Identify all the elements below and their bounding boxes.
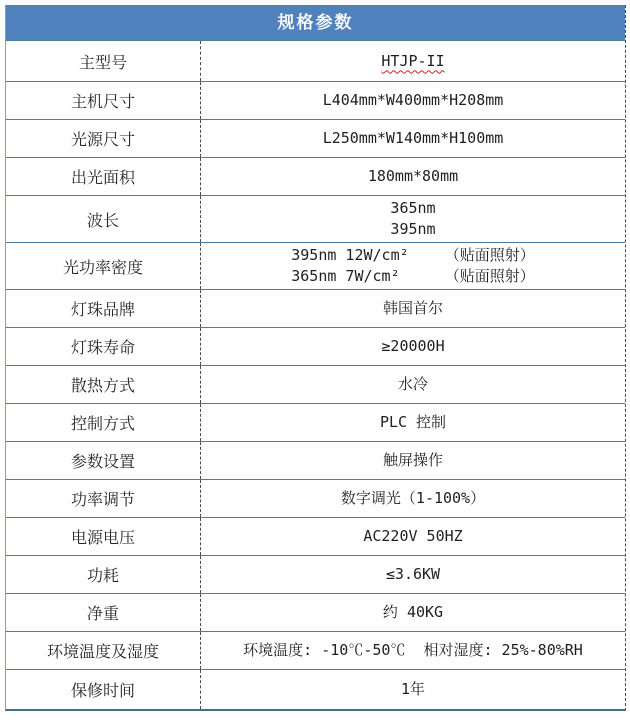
table-row: 主机尺寸 L404mm*W400mm*H208mm <box>6 81 625 119</box>
row-label: 功耗 <box>6 556 201 593</box>
row-label: 参数设置 <box>6 442 201 479</box>
row-label: 主型号 <box>6 41 201 81</box>
row-label: 主机尺寸 <box>6 82 201 119</box>
table-row: 灯珠寿命 ≥20000H <box>6 327 625 365</box>
row-label: 光功率密度 <box>6 243 201 289</box>
row-label: 光源尺寸 <box>6 120 201 157</box>
table-row: 光功率密度 395nm 12W/cm² （贴面照射） 365nm 7W/cm² … <box>6 242 625 289</box>
row-label: 波长 <box>6 196 201 242</box>
row-value: HTJP-II <box>201 41 625 81</box>
row-value: ≤3.6KW <box>201 556 625 593</box>
row-value: PLC 控制 <box>201 404 625 441</box>
table-row: 出光面积 180mm*80mm <box>6 157 625 195</box>
row-value: 数字调光（1-100%） <box>201 480 625 517</box>
row-value: L250mm*W140mm*H100mm <box>201 120 625 157</box>
row-label: 保修时间 <box>6 670 201 709</box>
table-row: 散热方式 水冷 <box>6 365 625 403</box>
table-row: 功率调节 数字调光（1-100%） <box>6 479 625 517</box>
table-row: 净重 约 40KG <box>6 593 625 631</box>
row-value: L404mm*W400mm*H208mm <box>201 82 625 119</box>
row-label: 环境温度及湿度 <box>6 632 201 669</box>
table-row: 保修时间 1年 <box>6 669 625 709</box>
row-label: 散热方式 <box>6 366 201 403</box>
row-label: 控制方式 <box>6 404 201 441</box>
row-value: AC220V 50HZ <box>201 518 625 555</box>
table-row: 控制方式 PLC 控制 <box>6 403 625 441</box>
table-row: 电源电压 AC220V 50HZ <box>6 517 625 555</box>
model-number: HTJP-II <box>381 51 444 72</box>
row-label: 灯珠品牌 <box>6 290 201 327</box>
row-value: 180mm*80mm <box>201 158 625 195</box>
row-value: 环境温度: -10℃-50℃ 相对湿度: 25%-80%RH <box>201 632 625 669</box>
table-row: 波长 365nm 395nm <box>6 195 625 242</box>
row-value: ≥20000H <box>201 328 625 365</box>
table-row: 功耗 ≤3.6KW <box>6 555 625 593</box>
table-title: 规格参数 <box>6 5 625 40</box>
row-label: 电源电压 <box>6 518 201 555</box>
row-label: 出光面积 <box>6 158 201 195</box>
row-value: 365nm 395nm <box>201 196 625 242</box>
row-label: 灯珠寿命 <box>6 328 201 365</box>
row-value: 水冷 <box>201 366 625 403</box>
row-value: 约 40KG <box>201 594 625 631</box>
table-row: 主型号 HTJP-II <box>6 40 625 81</box>
table-row: 光源尺寸 L250mm*W140mm*H100mm <box>6 119 625 157</box>
row-value: 韩国首尔 <box>201 290 625 327</box>
table-row: 环境温度及湿度 环境温度: -10℃-50℃ 相对湿度: 25%-80%RH <box>6 631 625 669</box>
spec-table: 规格参数 主型号 HTJP-II 主机尺寸 L404mm*W400mm*H208… <box>5 5 626 711</box>
row-value: 触屏操作 <box>201 442 625 479</box>
row-value: 1年 <box>201 670 625 709</box>
table-row: 灯珠品牌 韩国首尔 <box>6 289 625 327</box>
row-label: 功率调节 <box>6 480 201 517</box>
row-value: 395nm 12W/cm² （贴面照射） 365nm 7W/cm² （贴面照射） <box>201 243 625 289</box>
row-label: 净重 <box>6 594 201 631</box>
table-row: 参数设置 触屏操作 <box>6 441 625 479</box>
